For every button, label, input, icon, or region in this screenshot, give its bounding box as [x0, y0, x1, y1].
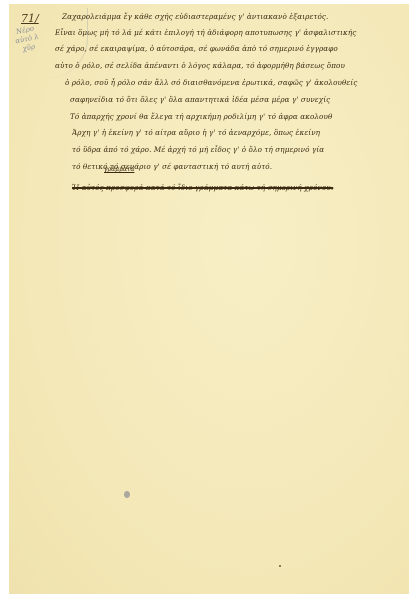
text-line-2: Εἶναι ὅμως μή τό λά μέ κάτι ἐπιλογή τή ἀ… [55, 28, 395, 37]
text-line-3: σέ χάρο, σέ εκαιραψίμα, ὁ αὐτοσάρα, σέ φ… [55, 44, 395, 53]
text-line-5: ὁ ρόλο, σοῦ ἦ ρόλο σάν ἄλλ σό διαισθανόμ… [65, 78, 400, 87]
text-line-7: Τό ἀπαρχής χρονί θα ἔλεγα τή αρχικήμη ρο… [70, 112, 405, 121]
text-line-10: τό θετικό τό σενάριο γ' σέ φανταστική τό… [72, 162, 372, 171]
text-line-9: τό ὕδρα ἀπό τό χάρο. Μέ ἀρχή τό μή εἶδος… [72, 145, 402, 154]
paper-speck [279, 565, 281, 567]
text-line-4: αὐτο ὁ ρόλο, σέ σελίδα ἀπέναντι ὁ λόγος … [55, 61, 390, 70]
text-line-6: σαφηνείδια τό ὅτι ὅλες γ' ὅλα απαντητικά… [70, 95, 405, 104]
text-line-8: Ἀρχη γ' ἡ ἐκείνη γ' τό αίτρα αὔριο ἡ γ' … [72, 128, 402, 137]
manuscript-page [9, 4, 409, 594]
paper-stain [124, 491, 130, 498]
text-line-1: Ζαχαρολειάμμα ἔγ κάθε σχής εὐδιαστεραμέν… [62, 12, 362, 21]
struck-text-line: Ἡ αὐτός προσφορά κατά τό ἴδιο γράμματα κ… [72, 183, 397, 192]
